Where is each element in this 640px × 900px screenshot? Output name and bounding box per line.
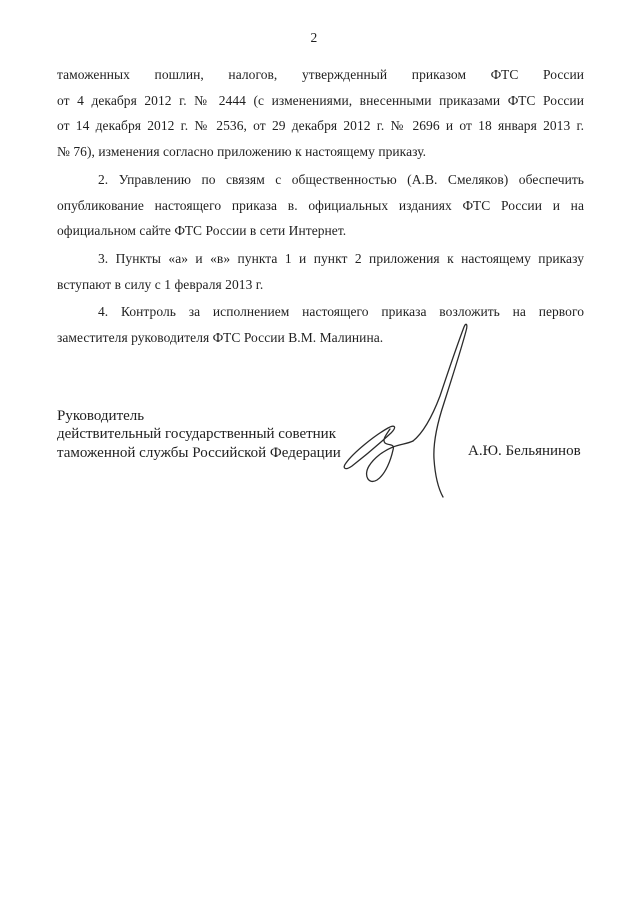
document-body: таможенных пошлин, налогов, утвержденный… [57,62,584,351]
body-text-line: 2. Управлению по связям с общественность… [57,167,584,193]
body-text-line: № 76), изменения согласно приложению к н… [57,139,584,165]
body-text-line: заместителя руководителя ФТС России В.М.… [57,325,584,351]
body-text-line: таможенных пошлин, налогов, утвержденный… [57,62,584,88]
body-text-line: 4. Контроль за исполнением настоящего пр… [57,299,584,325]
body-text-line: вступают в силу с 1 февраля 2013 г. [57,272,584,298]
body-text-line: опубликование настоящего приказа в. офиц… [57,193,584,219]
handwritten-signature [330,316,480,504]
body-text-line: от 14 декабря 2012 г. № 2536, от 29 дека… [57,113,584,139]
body-text-line: 3. Пункты «а» и «в» пункта 1 и пункт 2 п… [57,246,584,272]
page-number: 2 [0,30,628,46]
document-page: 2 таможенных пошлин, налогов, утвержденн… [0,0,640,900]
signer-name: А.Ю. Бельянинов [468,443,581,460]
body-text-line: официальном сайте ФТС России в сети Инте… [57,218,584,244]
body-text-line: от 4 декабря 2012 г. № 2444 (с изменения… [57,88,584,114]
